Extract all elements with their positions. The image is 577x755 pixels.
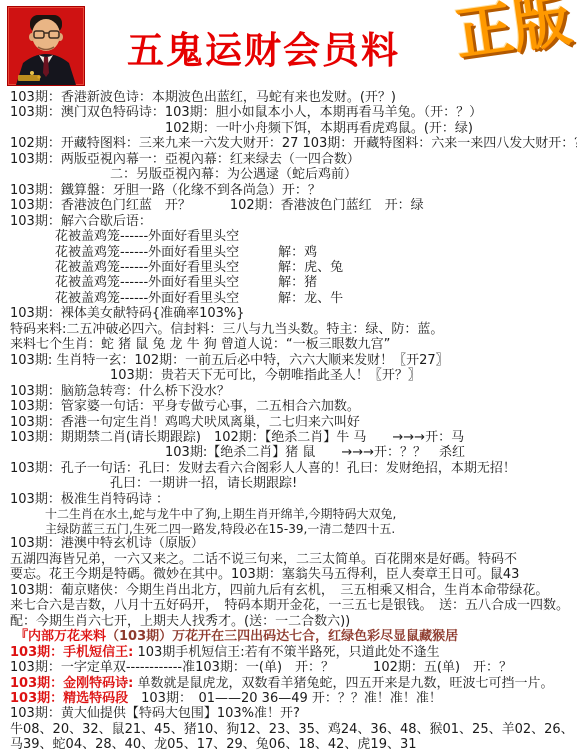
text-segment: 103期：两版亞視內幕一：亞視內幕：红来绿去（一四合数） (10, 152, 360, 167)
text-segment: 103期：黄大仙提供【特码大包围】103%准！开? (10, 706, 300, 721)
text-segment: 102期：开藏特图料：三来九来一六发大财开：27 103期：开藏特图料：六来一来… (10, 136, 577, 151)
text-segment: 花被盖鸡笼------外面好看里头空 解：鸡 (55, 245, 317, 260)
text-line: 花被盖鸡笼------外面好看里头空 解：猪 (10, 275, 577, 290)
text-line: 103期: 生肖特一玄：102期：一前五后必中特，六六大顺来发财！〖开27〗 (10, 353, 577, 368)
text-line: 孔曰：一期讲一招，请长期跟踪! (10, 476, 577, 491)
text-segment: 103期：贵若天下无可比，今朝唯指此圣人！〖开？〗 (110, 368, 421, 383)
text-segment: 单数就是鼠虎龙，双数看羊猪兔蛇，四五开来是九数，旺波七可挡一片。 (133, 676, 553, 691)
text-segment: 103期：一字定单双------------准103期：一(单) 开：？ 102… (10, 660, 512, 675)
text-line: 103期：两版亞視內幕一：亞視內幕：红来绿去（一四合数） (10, 152, 577, 167)
text-segment: 特码来料:二五冲破必四六。信封料：三八与九当头数。特主：绿、防：蓝。 (10, 322, 443, 337)
text-line: 103期：脑筋急转弯：什么桥下没水？ (10, 384, 577, 399)
text-segment: 103期:【绝杀二肖】猪 鼠 →→→开：？？ 杀红 (165, 445, 465, 460)
text-line: 103期：一字定单双------------准103期：一(单) 开：？ 102… (10, 660, 577, 675)
text-segment: 103期：管家婆一句话：平身专做亏心事，二五相合六加数。 (10, 399, 360, 414)
text-line: 103期：香港新波色诗：本期波色出蓝红，马蛇有来也发财。(开？) (10, 90, 577, 105)
text-line: 102期：一叶小舟频下饵，本期再看虎鸡鼠。(开：绿) (10, 121, 577, 136)
text-line: 主绿防蓝三五门,生死二四一路发,特段必在15-39,一清二楚四十五. (10, 522, 577, 537)
text-segment: 103期：澳门双色特码诗：103期：胆小如鼠本小人，本期再看马羊兔。（开：？） (10, 105, 482, 120)
text-segment: 103期：精选特码段 (10, 691, 128, 706)
page: 五鬼运财会员料 正版 103期：香港新波色诗：本期波色出蓝红，马蛇有来也发财。(… (0, 0, 577, 753)
text-segment: 103期：香港一句定生肖！鸡鸣犬吠凤离巢，二七归来六叫好 (10, 415, 360, 430)
text-line: 102期：开藏特图料：三来九来一六发大财开：27 103期：开藏特图料：六来一来… (10, 136, 577, 151)
text-segment: 103期：手机短信王: (10, 645, 133, 660)
text-segment: 103期：裸体美女献特码{准确率103%} (10, 306, 245, 321)
text-segment: 配：今期生肖六七开，上期夫人找秀才。(送：一二合数六)) (10, 614, 350, 629)
text-segment: 『内部万花来料 (15, 629, 106, 644)
text-segment: 103期：脑筋急转弯：什么桥下没水？ (10, 384, 230, 399)
text-segment: 牛08、20、32、鼠21、45、猪10、狗12、23、35、鸡24、36、48… (10, 722, 574, 737)
text-line: 103期：解六合歇后语： (10, 214, 577, 229)
text-line: 花被盖鸡笼------外面好看里头空 解：鸡 (10, 245, 577, 260)
text-segment: 103期：香港新波色诗：本期波色出蓝红，马蛇有来也发财。(开？) (10, 90, 396, 105)
text-line: 马39、蛇04、28、40、龙05、17、29、兔06、18、42、虎19、31 (10, 737, 577, 752)
text-segment: 孔曰：一期讲一招，请长期跟踪! (110, 476, 297, 491)
text-line: 103期:【绝杀二肖】猪 鼠 →→→开：？？ 杀红 (10, 445, 577, 460)
text-line: 103期：澳门双色特码诗：103期：胆小如鼠本小人，本期再看马羊兔。（开：？） (10, 105, 577, 120)
text-line: 特码来料:二五冲破必四六。信封料：三八与九当头数。特主：绿、防：蓝。 (10, 322, 577, 337)
text-line: 花被盖鸡笼------外面好看里头空 解：龙、牛 (10, 291, 577, 306)
text-line: 103期：贵若天下无可比，今朝唯指此圣人！〖开？〗 (10, 368, 577, 383)
text-line: 花被盖鸡笼------外面好看里头空 (10, 229, 577, 244)
text-line: 103期：精选特码段 103期： 01——20 36—49 开：？？准！准！准！ (10, 691, 577, 706)
text-segment: 来七合六是吉数，八月十五好码开， 特码本期开金花，一三五七是银钱。 送：五八合成… (10, 598, 569, 613)
text-segment: 花被盖鸡笼------外面好看里头空 (55, 229, 239, 244)
text-line: 来料七个生肖：蛇 猪 鼠 兔 龙 牛 狗 曾道人说：“一板三眼数九宫” (10, 337, 577, 352)
text-segment: 二：另版亞視內幕：为公遇逯（蛇后鸡前） (110, 167, 357, 182)
portrait-photo (8, 7, 84, 85)
text-segment: （103期）万花开在三四出码达七合，红绿色彩尽显鼠藏猴居 (106, 629, 458, 644)
text-segment: 来料七个生肖：蛇 猪 鼠 兔 龙 牛 狗 曾道人说：“一板三眼数九宫” (10, 337, 390, 352)
text-line: 103期：极准生肖特码诗 ： (10, 492, 577, 507)
text-segment: 103期：港澳中特玄机诗（原版） (10, 536, 204, 551)
text-segment: 十二生肖在水土,蛇与龙牛中了狗,上期生肖开绵羊,今期特码大双兔, (45, 507, 396, 521)
text-line: 103期：裸体美女献特码{准确率103%} (10, 306, 577, 321)
text-line: 103期：港澳中特玄机诗（原版） (10, 536, 577, 551)
text-line: 要忘。花王今期是特碼。微妙在其中。103期：塞翁失马五得利，臣人奏章王日可。鼠4… (10, 567, 577, 582)
text-line: 103期：手机短信王: 103期手机短信王:若有不策半路死，只道此处不逢生 (10, 645, 577, 660)
portrait-illustration (8, 7, 84, 85)
text-line: 103期：香港波色门红蓝 开？ 102期：香港波色门蓝红 开：绿 (10, 198, 577, 213)
text-line: 配：今期生肖六七开，上期夫人找秀才。(送：一二合数六)) (10, 614, 577, 629)
text-segment: 103期：极准生肖特码诗 ： (10, 492, 169, 507)
text-line: 103期：葡京赌侠：今期生肖出北方，四前九后有玄机， 三五相乘又相合，生肖本命带… (10, 583, 577, 598)
text-segment: 花被盖鸡笼------外面好看里头空 解：虎、兔 (55, 260, 343, 275)
text-segment: 103期：香港波色门红蓝 开？ 102期：香港波色门蓝红 开：绿 (10, 198, 424, 213)
text-line: 花被盖鸡笼------外面好看里头空 解：虎、兔 (10, 260, 577, 275)
text-segment: 103期： 01——20 36—49 开：？？准！准！准！ (128, 691, 442, 706)
text-line: 『内部万花来料（103期）万花开在三四出码达七合，红绿色彩尽显鼠藏猴居 (10, 629, 577, 644)
text-segment: 五湖四海皆兄弟，一六又来之。二话不说三句来，二三太简单。百花開來是好碼。特码不 (10, 552, 517, 567)
text-segment: 103期：解六合歇后语： (10, 214, 152, 229)
text-segment: 主绿防蓝三五门,生死二四一路发,特段必在15-39,一清二楚四十五. (45, 522, 395, 536)
text-segment: 103期：金刚特码诗: (10, 676, 133, 691)
text-segment: 要忘。花王今期是特碼。微妙在其中。103期：塞翁失马五得利，臣人奏章王日可。鼠4… (10, 567, 519, 582)
text-segment: 103期：期期禁二肖(请长期跟踪) 102期：【绝杀二肖】牛 马 →→→开：马 (10, 430, 464, 445)
text-segment: 103期：葡京赌侠：今期生肖出北方，四前九后有玄机， 三五相乘又相合，生肖本命带… (10, 583, 548, 598)
text-line: 来七合六是吉数，八月十五好码开， 特码本期开金花，一三五七是银钱。 送：五八合成… (10, 598, 577, 613)
text-line: 103期：黄大仙提供【特码大包围】103%准！开? (10, 706, 577, 721)
text-segment: 103期：孔子一句话：孔曰：发财去看六合阁彩人人喜的！孔曰：发财绝招，本期无招！ (10, 461, 516, 476)
text-segment: 102期：一叶小舟频下饵，本期再看虎鸡鼠。(开：绿) (165, 121, 473, 136)
text-segment: 马39、蛇04、28、40、龙05、17、29、兔06、18、42、虎19、31 (10, 737, 417, 752)
text-segment: 103期：鐵算盤：牙胆一路（化缘不到各尚急）开：？ (10, 183, 321, 198)
text-line: 十二生肖在水土,蛇与龙牛中了狗,上期生肖开绵羊,今期特码大双兔, (10, 507, 577, 522)
text-segment: 花被盖鸡笼------外面好看里头空 解：龙、牛 (55, 291, 343, 306)
genuine-badge: 正版 (451, 0, 575, 68)
text-segment: 103期: 生肖特一玄：102期：一前五后必中特，六六大顺来发财！〖开27〗 (10, 353, 449, 368)
text-line: 103期：管家婆一句话：平身专做亏心事，二五相合六加数。 (10, 399, 577, 414)
header: 五鬼运财会员料 正版 (0, 0, 577, 88)
text-line: 牛08、20、32、鼠21、45、猪10、狗12、23、35、鸡24、36、48… (10, 722, 577, 737)
text-line: 103期：金刚特码诗: 单数就是鼠虎龙，双数看羊猪兔蛇，四五开来是九数，旺波七可… (10, 676, 577, 691)
text-line: 103期：鐵算盤：牙胆一路（化缘不到各尚急）开：？ (10, 183, 577, 198)
text-line: 103期：香港一句定生肖！鸡鸣犬吠凤离巢，二七归来六叫好 (10, 415, 577, 430)
page-title: 五鬼运财会员料 (127, 20, 400, 74)
content-lines: 103期：香港新波色诗：本期波色出蓝红，马蛇有来也发财。(开？)103期：澳门双… (0, 88, 577, 753)
text-segment: 花被盖鸡笼------外面好看里头空 解：猪 (55, 275, 317, 290)
text-line: 五湖四海皆兄弟，一六又来之。二话不说三句来，二三太简单。百花開來是好碼。特码不 (10, 552, 577, 567)
text-line: 103期：期期禁二肖(请长期跟踪) 102期：【绝杀二肖】牛 马 →→→开：马 (10, 430, 577, 445)
text-segment: 103期手机短信王:若有不策半路死，只道此处不逢生 (133, 645, 439, 660)
text-line: 二：另版亞視內幕：为公遇逯（蛇后鸡前） (10, 167, 577, 182)
text-line: 103期：孔子一句话：孔曰：发财去看六合阁彩人人喜的！孔曰：发财绝招，本期无招！ (10, 461, 577, 476)
